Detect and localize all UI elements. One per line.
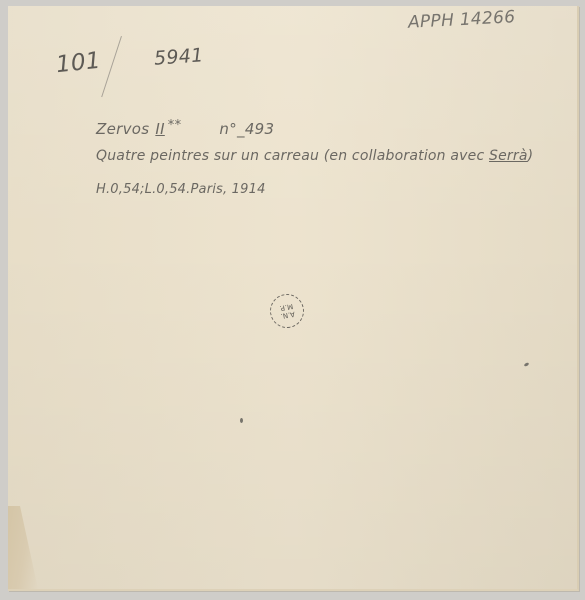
catalogue-number: n°_493 xyxy=(219,120,274,138)
catalogue-reference: ZervosII**n°_493 xyxy=(96,118,274,138)
archive-stamp: A.N. M.P. xyxy=(267,291,306,330)
inventory-number-left: 101 xyxy=(55,48,102,79)
ink-speck xyxy=(524,362,530,367)
photo-verso-card: APPH 14266 101 5941 ZervosII**n°_493 Qua… xyxy=(8,6,579,591)
title-close: ) xyxy=(528,148,534,164)
folded-corner xyxy=(8,506,38,589)
artwork-title: Quatre peintres sur un carreau (en colla… xyxy=(96,148,533,164)
scan-frame: APPH 14266 101 5941 ZervosII**n°_493 Qua… xyxy=(0,0,585,600)
inventory-number-right: 5941 xyxy=(153,44,204,69)
ink-speck xyxy=(240,418,243,423)
catalogue-name: Zervos xyxy=(96,120,149,138)
title-text: Quatre peintres sur un carreau (en colla… xyxy=(96,148,489,164)
inventory-separator xyxy=(101,36,122,97)
artwork-dimensions: H.0,54;L.0,54.Paris, 1914 xyxy=(96,182,266,197)
catalogue-volume: II xyxy=(155,120,164,138)
catalogue-stars: ** xyxy=(168,118,182,133)
accession-number: APPH 14266 xyxy=(408,7,516,33)
collaborator-name: Serrà xyxy=(489,148,528,164)
